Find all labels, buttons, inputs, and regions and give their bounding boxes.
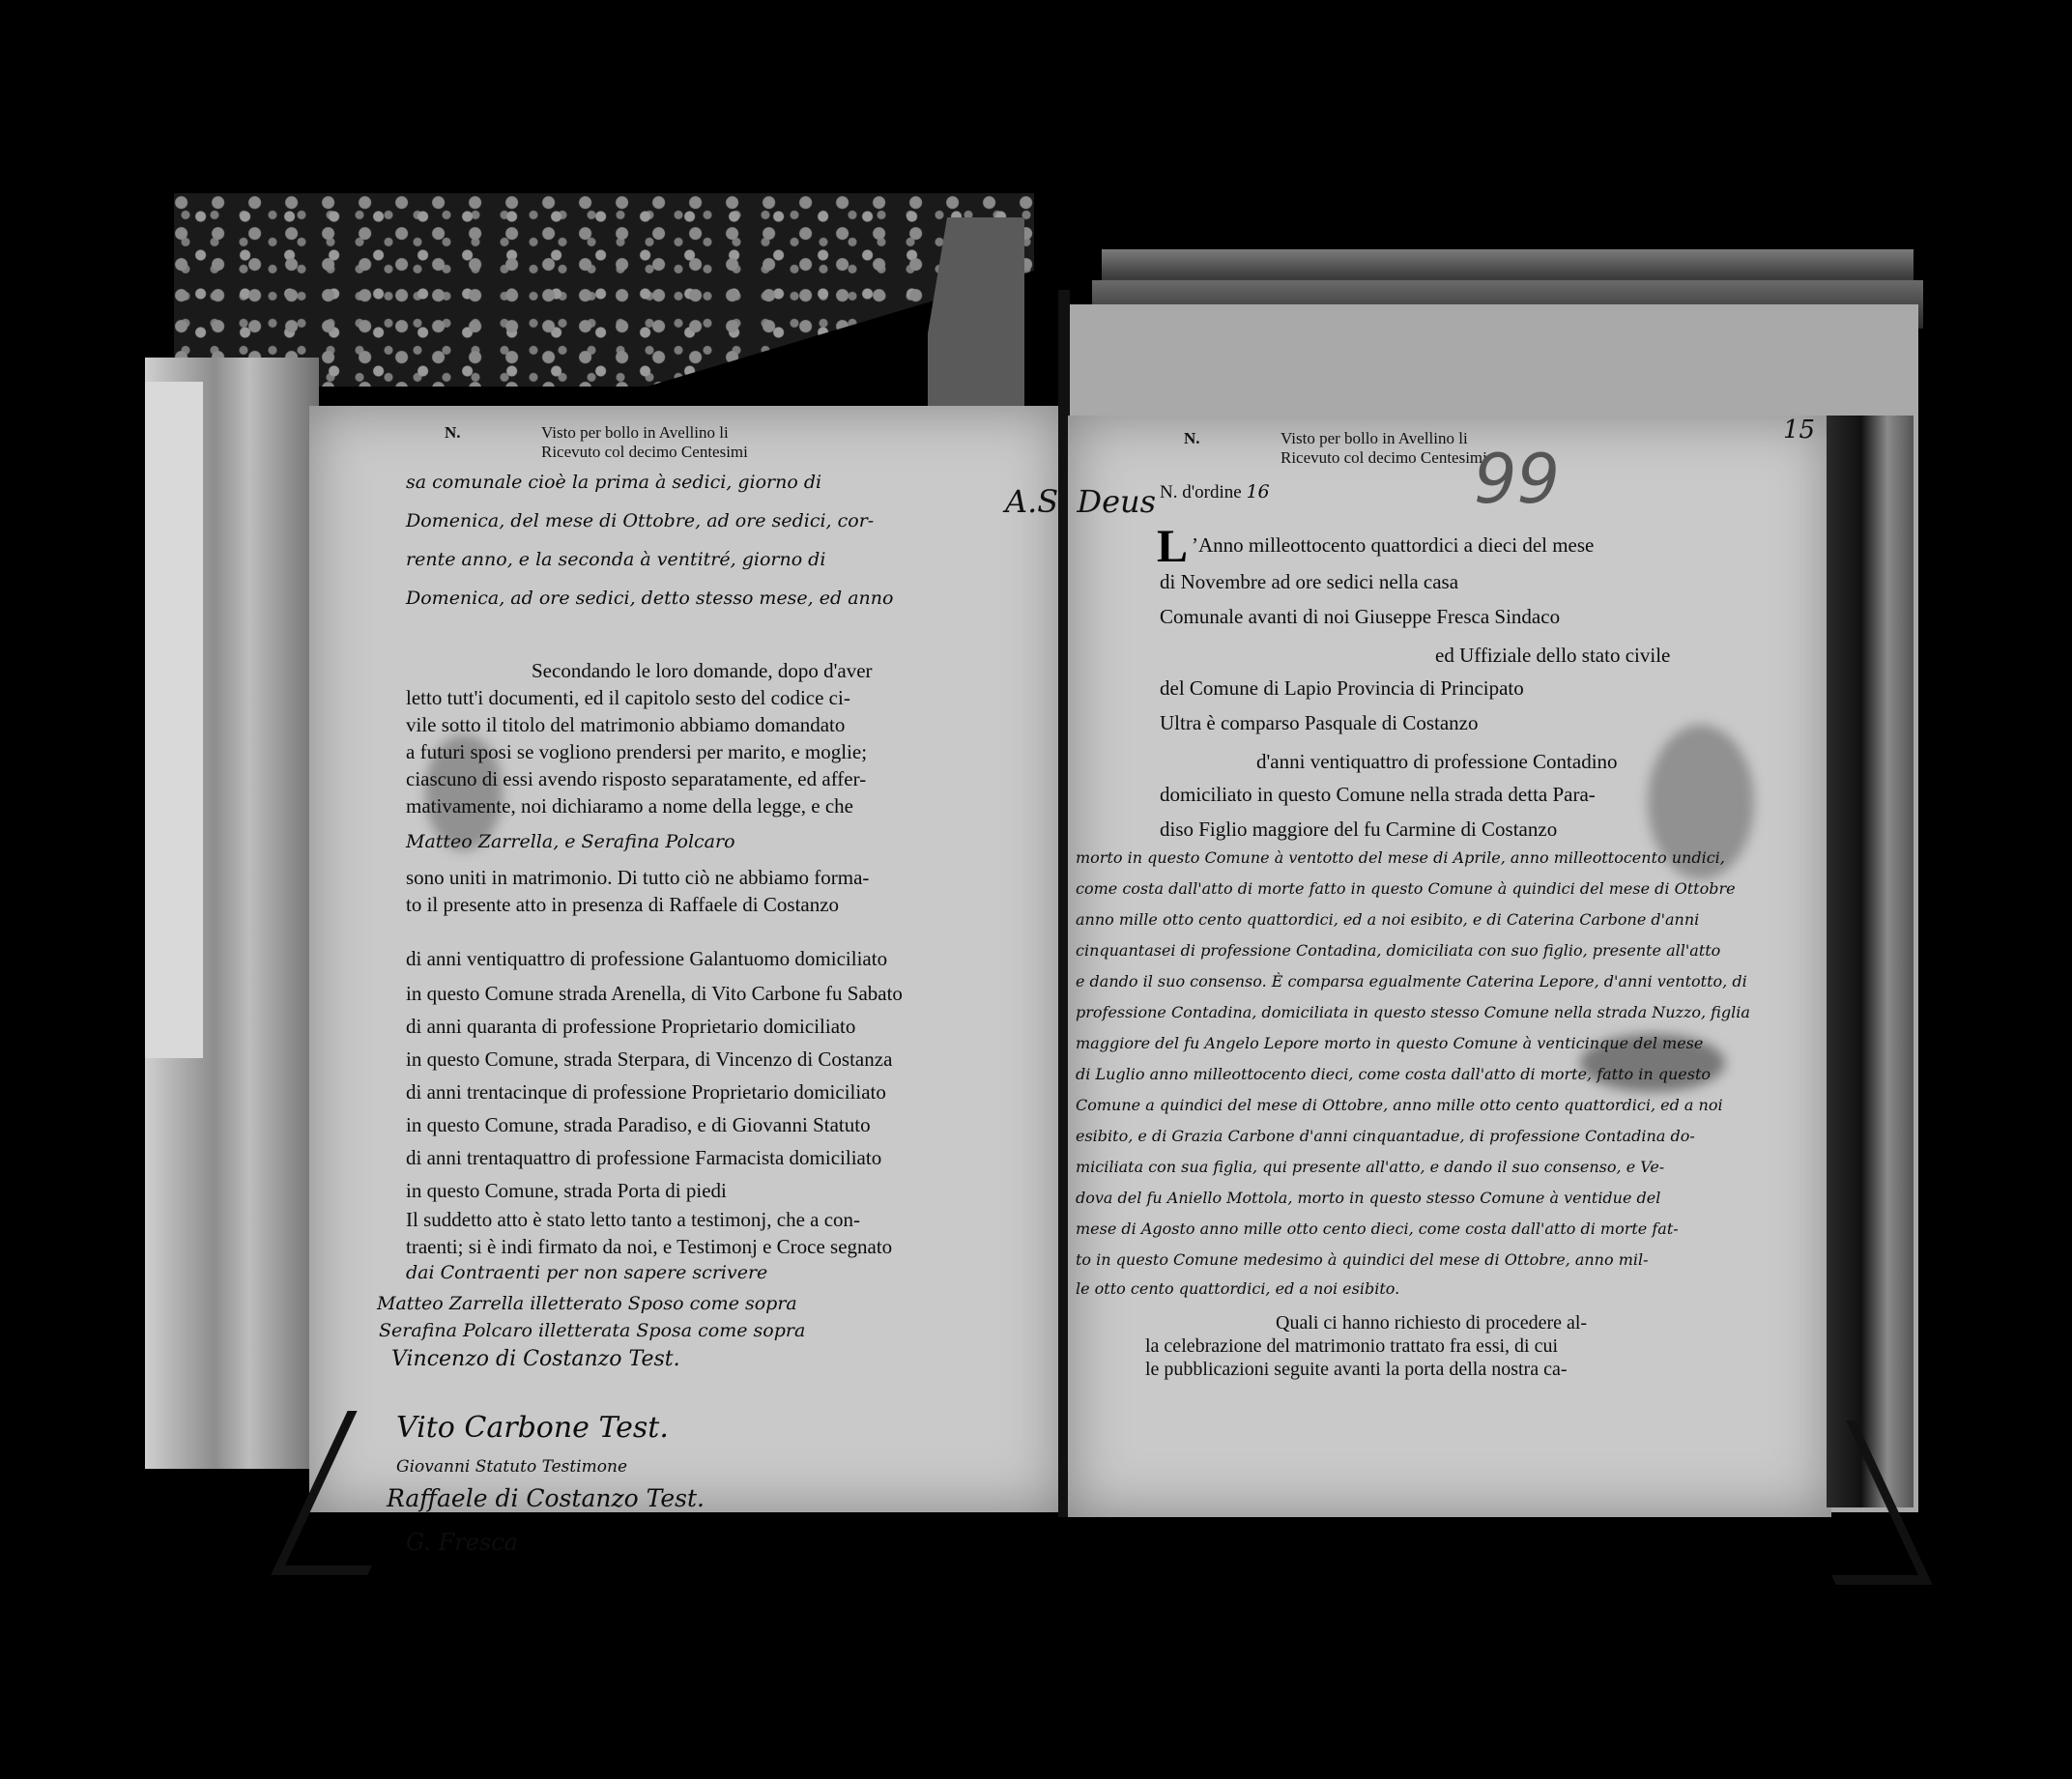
text-line: di anni quaranta di professione Propriet…	[406, 1015, 855, 1039]
right-page-edge	[1827, 416, 1914, 1507]
text-line: miciliata con sua figlia, qui presente a…	[1076, 1158, 1664, 1176]
number-label: N.	[1184, 429, 1200, 447]
order-value: 16	[1246, 481, 1269, 502]
text-line: come costa dall'atto di morte fatto in q…	[1076, 879, 1736, 898]
text-line: in questo Comune strada Arenella, di Vit…	[406, 982, 903, 1006]
text-line: Secondando le loro domande, dopo d'aver	[532, 659, 873, 683]
left-loose-leaf	[145, 382, 203, 1058]
text-line: morto in questo Comune à ventotto del me…	[1076, 848, 1725, 867]
text-line: vile sotto il titolo del matrimonio abbi…	[406, 713, 845, 737]
text-line: Domenica, del mese di Ottobre, ad ore se…	[406, 510, 874, 531]
text-line: sono uniti in matrimonio. Di tutto ciò n…	[406, 866, 869, 890]
margin-annotation: A.S. Deus	[1005, 483, 1156, 520]
text-line: cinquantasei di professione Contadina, d…	[1076, 941, 1720, 960]
text-line: Quali ci hanno richiesto di procedere al…	[1276, 1312, 1587, 1334]
right-page-header: N. Visto per bollo in Avellino li Ricevu…	[1184, 429, 1200, 448]
stamp-line-1: Visto per bollo in Avellino li	[541, 423, 748, 443]
text-line: diso Figlio maggiore del fu Carmine di C…	[1160, 818, 1557, 842]
text-line: del Comune di Lapio Provincia di Princip…	[1160, 676, 1524, 701]
text-line: di Novembre ad ore sedici nella casa	[1160, 570, 1458, 594]
text-line: Comunale avanti di noi Giuseppe Fresca S…	[1160, 605, 1560, 629]
text-line: professione Contadina, domiciliata in qu…	[1076, 1003, 1750, 1021]
text-line: e dando il suo consenso. È comparsa egua…	[1076, 972, 1747, 990]
text-line: mativamente, noi dichiaramo a nome della…	[406, 794, 853, 818]
order-label: N. d'ordine	[1160, 482, 1242, 502]
text-line: dova del fu Aniello Mottola, morto in qu…	[1076, 1189, 1660, 1207]
stamp-line-2: Ricevuto col decimo Centesimi	[1281, 448, 1487, 468]
text-line: anno mille otto cento quattordici, ed a …	[1076, 910, 1699, 929]
text-line: le pubblicazioni seguite avanti la porta…	[1145, 1359, 1568, 1381]
text-line: a futuri sposi se vogliono prendersi per…	[406, 740, 867, 764]
text-line: d'anni ventiquattro di professione Conta…	[1256, 750, 1618, 774]
text-line: sa comunale cioè la prima à sedici, gior…	[406, 472, 821, 493]
text-line: di Luglio anno milleottocento dieci, com…	[1076, 1065, 1711, 1083]
number-label: N.	[445, 423, 461, 442]
text-line: in questo Comune, strada Paradiso, e di …	[406, 1113, 871, 1137]
cover-flap	[928, 217, 1024, 411]
text-line: traenti; si è indi firmato da noi, e Tes…	[406, 1235, 892, 1259]
text-line: ed Uffiziale dello stato civile	[1435, 644, 1670, 668]
text-line: to il presente atto in presenza di Raffa…	[406, 893, 839, 917]
text-line: to in questo Comune medesimo à quindici …	[1076, 1250, 1649, 1269]
text-line: dai Contraenti per non sapere scrivere	[406, 1262, 767, 1283]
folio-number: 15	[1783, 416, 1815, 445]
left-page-header: N. Visto per bollo in Avellino li Ricevu…	[445, 423, 461, 443]
pencil-number: 99	[1474, 440, 1560, 519]
text-line: di anni ventiquattro di professione Gala…	[406, 947, 887, 971]
text-line: Domenica, ad ore sedici, detto stesso me…	[406, 588, 893, 609]
text-line: maggiore del fu Angelo Lepore morto in q…	[1076, 1034, 1703, 1052]
stamp-line-2: Ricevuto col decimo Centesimi	[541, 443, 748, 462]
text-line: in questo Comune, strada Porta di piedi	[406, 1179, 727, 1203]
text-line: di anni trentaquattro di professione Far…	[406, 1146, 881, 1170]
drop-cap: L	[1157, 520, 1188, 573]
text-line: Ultra è comparso Pasquale di Costanzo	[1160, 711, 1479, 735]
signature-spouse-groom: Matteo Zarrella illetterato Sposo come s…	[377, 1293, 797, 1314]
text-line: mese di Agosto anno mille otto cento die…	[1076, 1219, 1679, 1238]
text-line: rente anno, e la seconda à ventitré, gio…	[406, 549, 825, 570]
spouses-names: Matteo Zarrella, e Serafina Polcaro	[406, 831, 735, 852]
signature-mayor: G. Fresca	[406, 1529, 518, 1556]
stamp-line-1: Visto per bollo in Avellino li	[1281, 429, 1487, 448]
signature-witness: Raffaele di Costanzo Test.	[387, 1484, 705, 1512]
text-line: Il suddetto atto è stato letto tanto a t…	[406, 1208, 860, 1232]
signature-witness: Giovanni Statuto Testimone	[396, 1457, 627, 1477]
text-line: di anni trentacinque di professione Prop…	[406, 1080, 886, 1105]
text-line: la celebrazione del matrimonio trattato …	[1145, 1335, 1558, 1358]
right-page: N. Visto per bollo in Avellino li Ricevu…	[1068, 416, 1831, 1517]
text-line: le otto cento quattordici, ed a noi esib…	[1076, 1279, 1399, 1298]
text-line: ciascuno di essi avendo risposto separat…	[406, 767, 866, 791]
text-line: Comune a quindici del mese di Ottobre, a…	[1076, 1096, 1723, 1114]
signature-witness: Vincenzo di Costanzo Test.	[391, 1347, 680, 1371]
text-line: domiciliato in questo Comune nella strad…	[1160, 783, 1596, 807]
left-page: N. Visto per bollo in Avellino li Ricevu…	[309, 406, 1063, 1512]
text-line: esibito, e di Grazia Carbone d'anni cinq…	[1076, 1127, 1695, 1145]
text-line: letto tutt'i documenti, ed il capitolo s…	[406, 686, 850, 710]
text-line: in questo Comune, strada Sterpara, di Vi…	[406, 1047, 892, 1072]
text-line: ’Anno milleottocento quattordici a dieci…	[1192, 533, 1594, 558]
signature-spouse-bride: Serafina Polcaro illetterata Sposa come …	[379, 1320, 805, 1341]
order-number: N. d'ordine 16	[1160, 481, 1270, 503]
